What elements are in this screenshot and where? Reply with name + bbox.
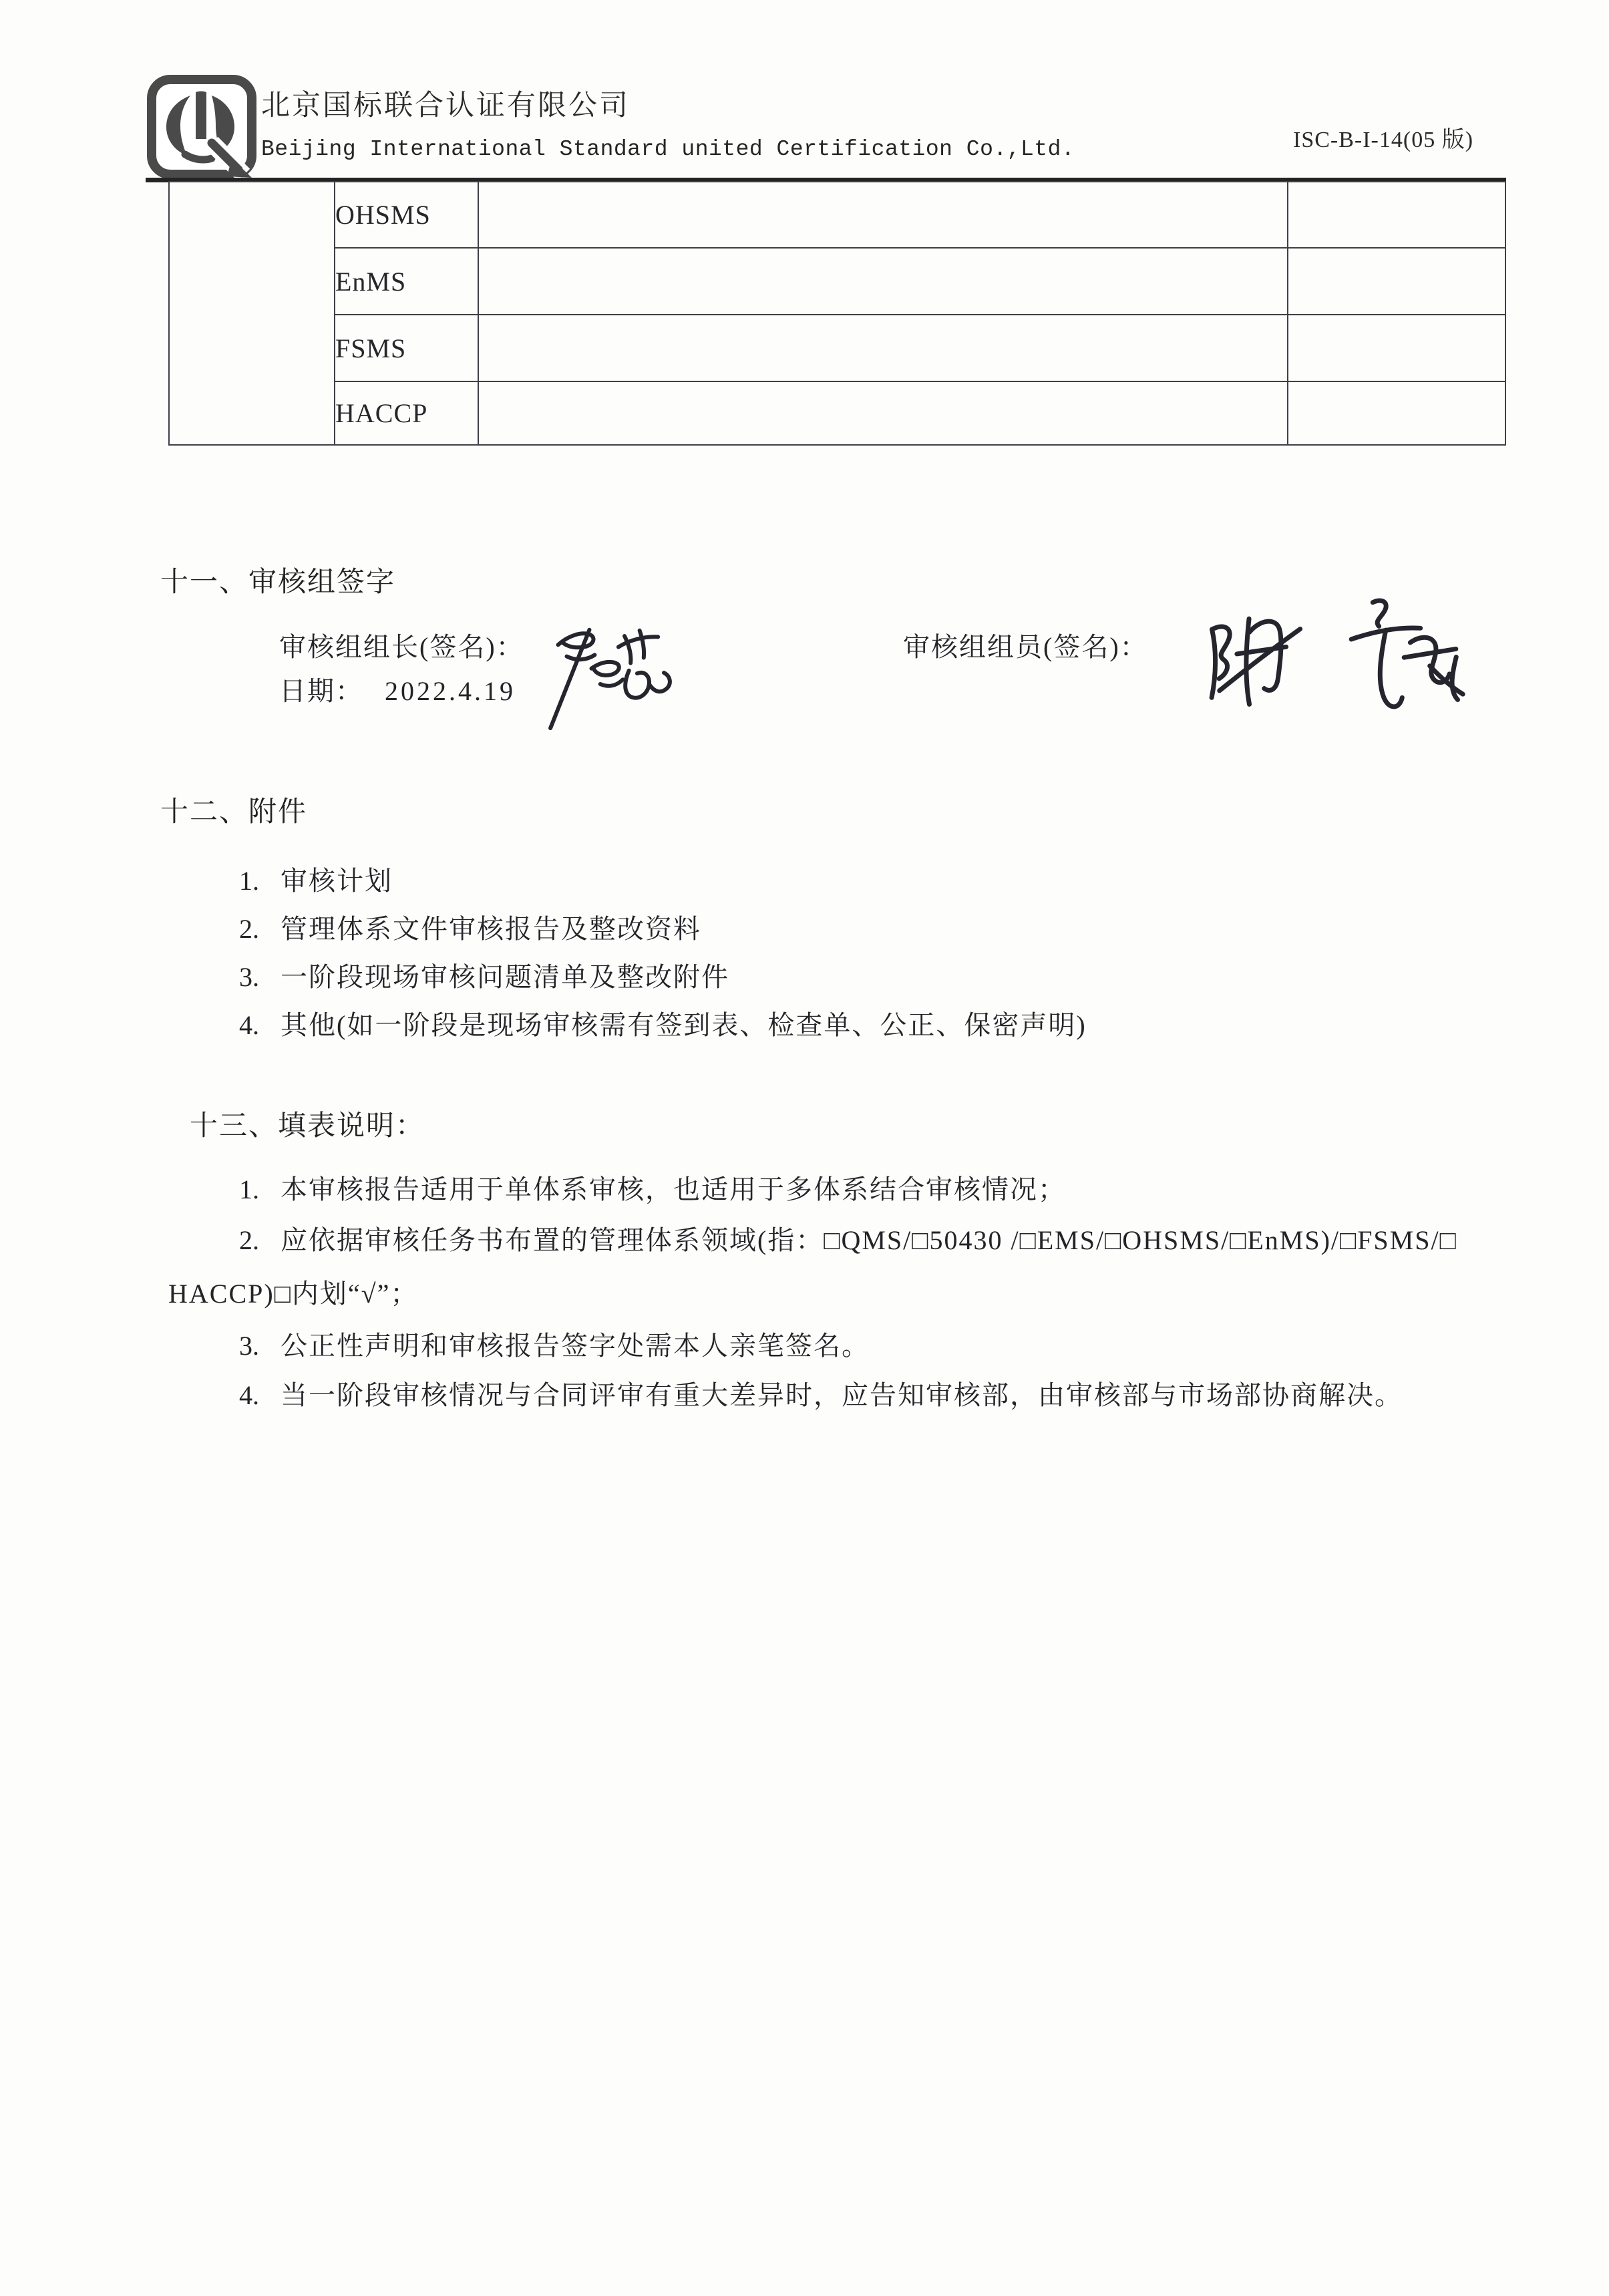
leader-signature-label: 审核组组长(签名)： (279, 631, 524, 664)
table-cell-result (1288, 381, 1505, 445)
section-13-title: 十三、填表说明： (190, 1109, 425, 1144)
row-label-ohsms: OHSMS (335, 182, 478, 248)
item-text: HACCP)□内划“√”； (168, 1279, 418, 1309)
table-cell-content (478, 182, 1288, 248)
table-cell-result (1288, 248, 1505, 315)
item-number: 4. (239, 1009, 281, 1042)
item-number: 1. (239, 1173, 281, 1206)
table-cell-content (478, 315, 1288, 381)
table-cell-result (1288, 315, 1505, 381)
date-value: 2022.4.19 (385, 676, 516, 706)
management-systems-table: OHSMS EnMS FSMS HACCP (168, 181, 1506, 446)
instruction-item: 1.本审核报告适用于单体系审核，也适用于多体系结合审核情况； (239, 1173, 1066, 1206)
row-label-fsms: FSMS (335, 315, 478, 381)
row-label-enms: EnMS (335, 248, 478, 315)
scanned-audit-report-page: 北京国标联合认证有限公司 Beijing International Stand… (0, 0, 1609, 2296)
date-label: 日期： (279, 676, 363, 706)
attachment-item: 1.审核计划 (239, 864, 393, 898)
table-row: OHSMS (169, 182, 1505, 248)
item-text: 当一阶段审核情况与合同评审有重大差异时，应告知审核部，由审核部与市场部协商解决。 (281, 1380, 1403, 1410)
item-number: 2. (239, 1224, 281, 1257)
table-row: EnMS (169, 248, 1505, 315)
section-11-title: 十一、审核组签字 (160, 565, 395, 601)
item-text: 一阶段现场审核问题清单及整改附件 (281, 962, 729, 992)
attachment-item: 3.一阶段现场审核问题清单及整改附件 (239, 961, 729, 994)
instruction-item: 2.应依据审核任务书布置的管理体系领域(指：□QMS/□50430 /□EMS/… (239, 1224, 1457, 1257)
item-text: 应依据审核任务书布置的管理体系领域(指：□QMS/□50430 /□EMS/□O… (281, 1225, 1457, 1255)
row-label-haccp: HACCP (335, 381, 478, 445)
item-number: 1. (239, 864, 281, 898)
isc-logo-icon (146, 74, 257, 180)
table-cell-content (478, 381, 1288, 445)
date-line: 日期：2022.4.19 (279, 675, 516, 708)
table-cell-content (478, 248, 1288, 315)
table-row: FSMS (169, 315, 1505, 381)
company-name-cn: 北京国标联合认证有限公司 (261, 88, 630, 124)
instruction-item-continued: HACCP)□内划“√”； (168, 1277, 418, 1311)
leader-handwritten-signature (525, 613, 676, 736)
attachment-item: 2.管理体系文件审核报告及整改资料 (239, 913, 701, 946)
instruction-item: 4.当一阶段审核情况与合同评审有重大差异时，应告知审核部，由审核部与市场部协商解… (239, 1379, 1403, 1412)
item-text: 管理体系文件审核报告及整改资料 (281, 914, 701, 944)
item-number: 4. (239, 1379, 281, 1412)
instruction-item: 3.公正性声明和审核报告签字处需本人亲笔签名。 (239, 1329, 870, 1363)
document-code: ISC-B-I-14(05 版) (1293, 126, 1473, 155)
company-name-en: Beijing International Standard united Ce… (261, 136, 1075, 163)
attachment-item: 4.其他(如一阶段是现场审核需有签到表、检查单、公正、保密声明) (239, 1009, 1087, 1042)
item-text: 本审核报告适用于单体系审核，也适用于多体系结合审核情况； (281, 1174, 1066, 1204)
table-row: HACCP (169, 381, 1505, 445)
item-text: 公正性声明和审核报告签字处需本人亲笔签名。 (281, 1331, 870, 1361)
item-text: 审核计划 (281, 866, 393, 896)
table-cell-result (1288, 182, 1505, 248)
item-text: 其他(如一阶段是现场审核需有签到表、检查单、公正、保密声明) (281, 1010, 1087, 1040)
section-12-title: 十二、附件 (160, 795, 307, 830)
item-number: 3. (239, 1329, 281, 1363)
member-handwritten-signature (1196, 589, 1467, 720)
member-signature-label: 审核组组员(签名)： (903, 631, 1148, 664)
item-number: 3. (239, 961, 281, 994)
item-number: 2. (239, 913, 281, 946)
table-cell-left-merged (169, 182, 335, 445)
